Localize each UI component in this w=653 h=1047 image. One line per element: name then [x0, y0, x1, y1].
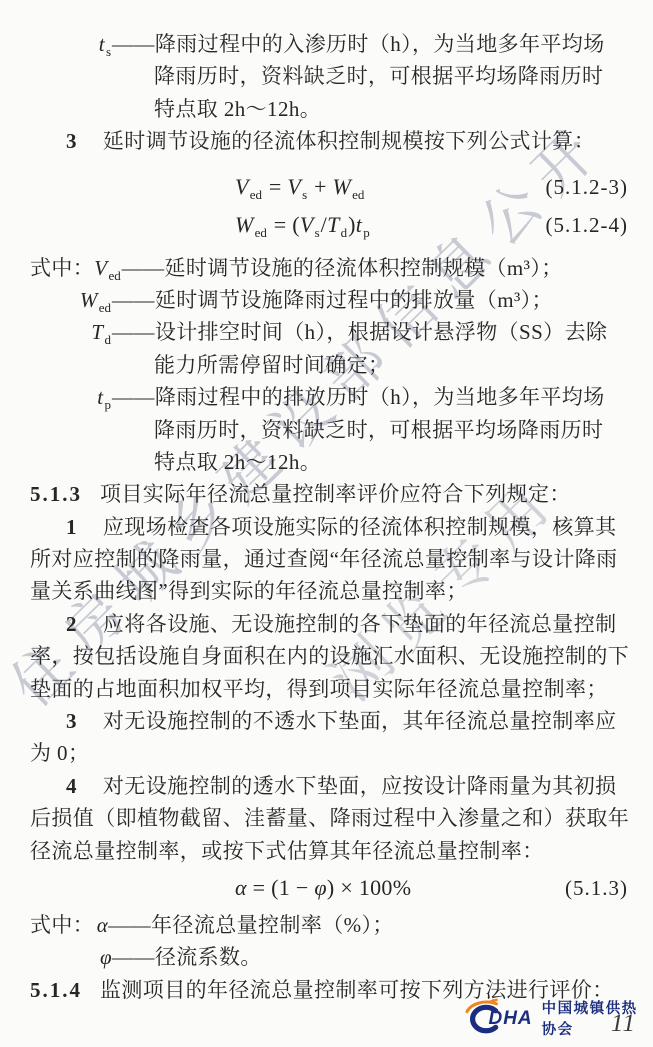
- formula-line: Wed = (Vs/Td)tp(5.1.2-4): [30, 206, 628, 244]
- text-line: 特点取 2h～12h。: [30, 446, 628, 478]
- text-line: 式中：α——年径流总量控制率（%）；: [30, 909, 628, 941]
- text-line: 特点取 2h～12h。: [30, 93, 628, 125]
- text-line: 后损值（即植物截留、洼蓄量、降雨过程中入渗量之和）获取年: [30, 802, 628, 834]
- text-line: 降雨历时，资料缺乏时，可根据平均场降雨历时: [30, 60, 628, 92]
- text-line: tp——降雨过程中的排放历时（h），为当地多年平均场: [30, 381, 628, 413]
- text-line: 3对无设施控制的不透水下垫面，其年径流总量控制率应: [30, 705, 628, 737]
- association-logo: DHA 中国城镇供热协会: [460, 993, 653, 1039]
- text-line: 率，按包括设施自身面积在内的设施汇水面积、无设施控制的下: [30, 640, 628, 672]
- text-line: 3延时调节设施的径流体积控制规模按下列公式计算：: [30, 125, 628, 157]
- formula-line: α = (1 − φ) × 100%(5.1.3): [30, 871, 628, 905]
- logo-abbr-text: DHA: [488, 1008, 532, 1030]
- text-line: 4对无设施控制的透水下垫面，应按设计降雨量为其初损: [30, 770, 628, 802]
- text-line: 降雨历时，资料缺乏时，可根据平均场降雨历时: [30, 414, 628, 446]
- text-line: 能力所需停留时间确定；: [30, 349, 628, 381]
- formula-line: Ved = Vs + Wed(5.1.2-3): [30, 168, 628, 206]
- logo-name-text: 中国城镇供热协会: [542, 997, 653, 1039]
- text-line: ts——降雨过程中的入渗历时（h），为当地多年平均场: [30, 28, 628, 60]
- text-line: 量关系曲线图”得到实际的年径流总量控制率；: [30, 575, 628, 607]
- text-line: 5.1.3项目实际年径流总量控制率评价应符合下列规定：: [30, 478, 628, 510]
- text-line: 所对应控制的降雨量，通过查阅“年径流总量控制率与设计降雨: [30, 543, 628, 575]
- document-body: ts——降雨过程中的入渗历时（h），为当地多年平均场降雨历时，资料缺乏时，可根据…: [30, 28, 628, 1006]
- text-line: Wed——延时调节设施降雨过程中的排放量（m³）；: [30, 284, 628, 316]
- text-line: 垫面的占地面积加权平均，得到项目实际年径流总量控制率；: [30, 673, 628, 705]
- text-line: φ——径流系数。: [30, 941, 628, 973]
- text-line: 2应将各设施、无设施控制的各下垫面的年径流总量控制: [30, 608, 628, 640]
- text-line: 径流总量控制率，或按下式估算其年径流总量控制率：: [30, 835, 628, 867]
- text-line: 1应现场检查各项设施实际的径流体积控制规模，核算其: [30, 511, 628, 543]
- document-page: 住房城乡建设部信息公开 浏览专用 ts——降雨过程中的入渗历时（h），为当地多年…: [0, 0, 653, 1047]
- text-line: 式中：Ved——延时调节设施的径流体积控制规模（m³）；: [30, 252, 628, 284]
- text-line: 为 0；: [30, 737, 628, 769]
- text-line: Td——设计排空时间（h），根据设计悬浮物（SS）去除: [30, 316, 628, 348]
